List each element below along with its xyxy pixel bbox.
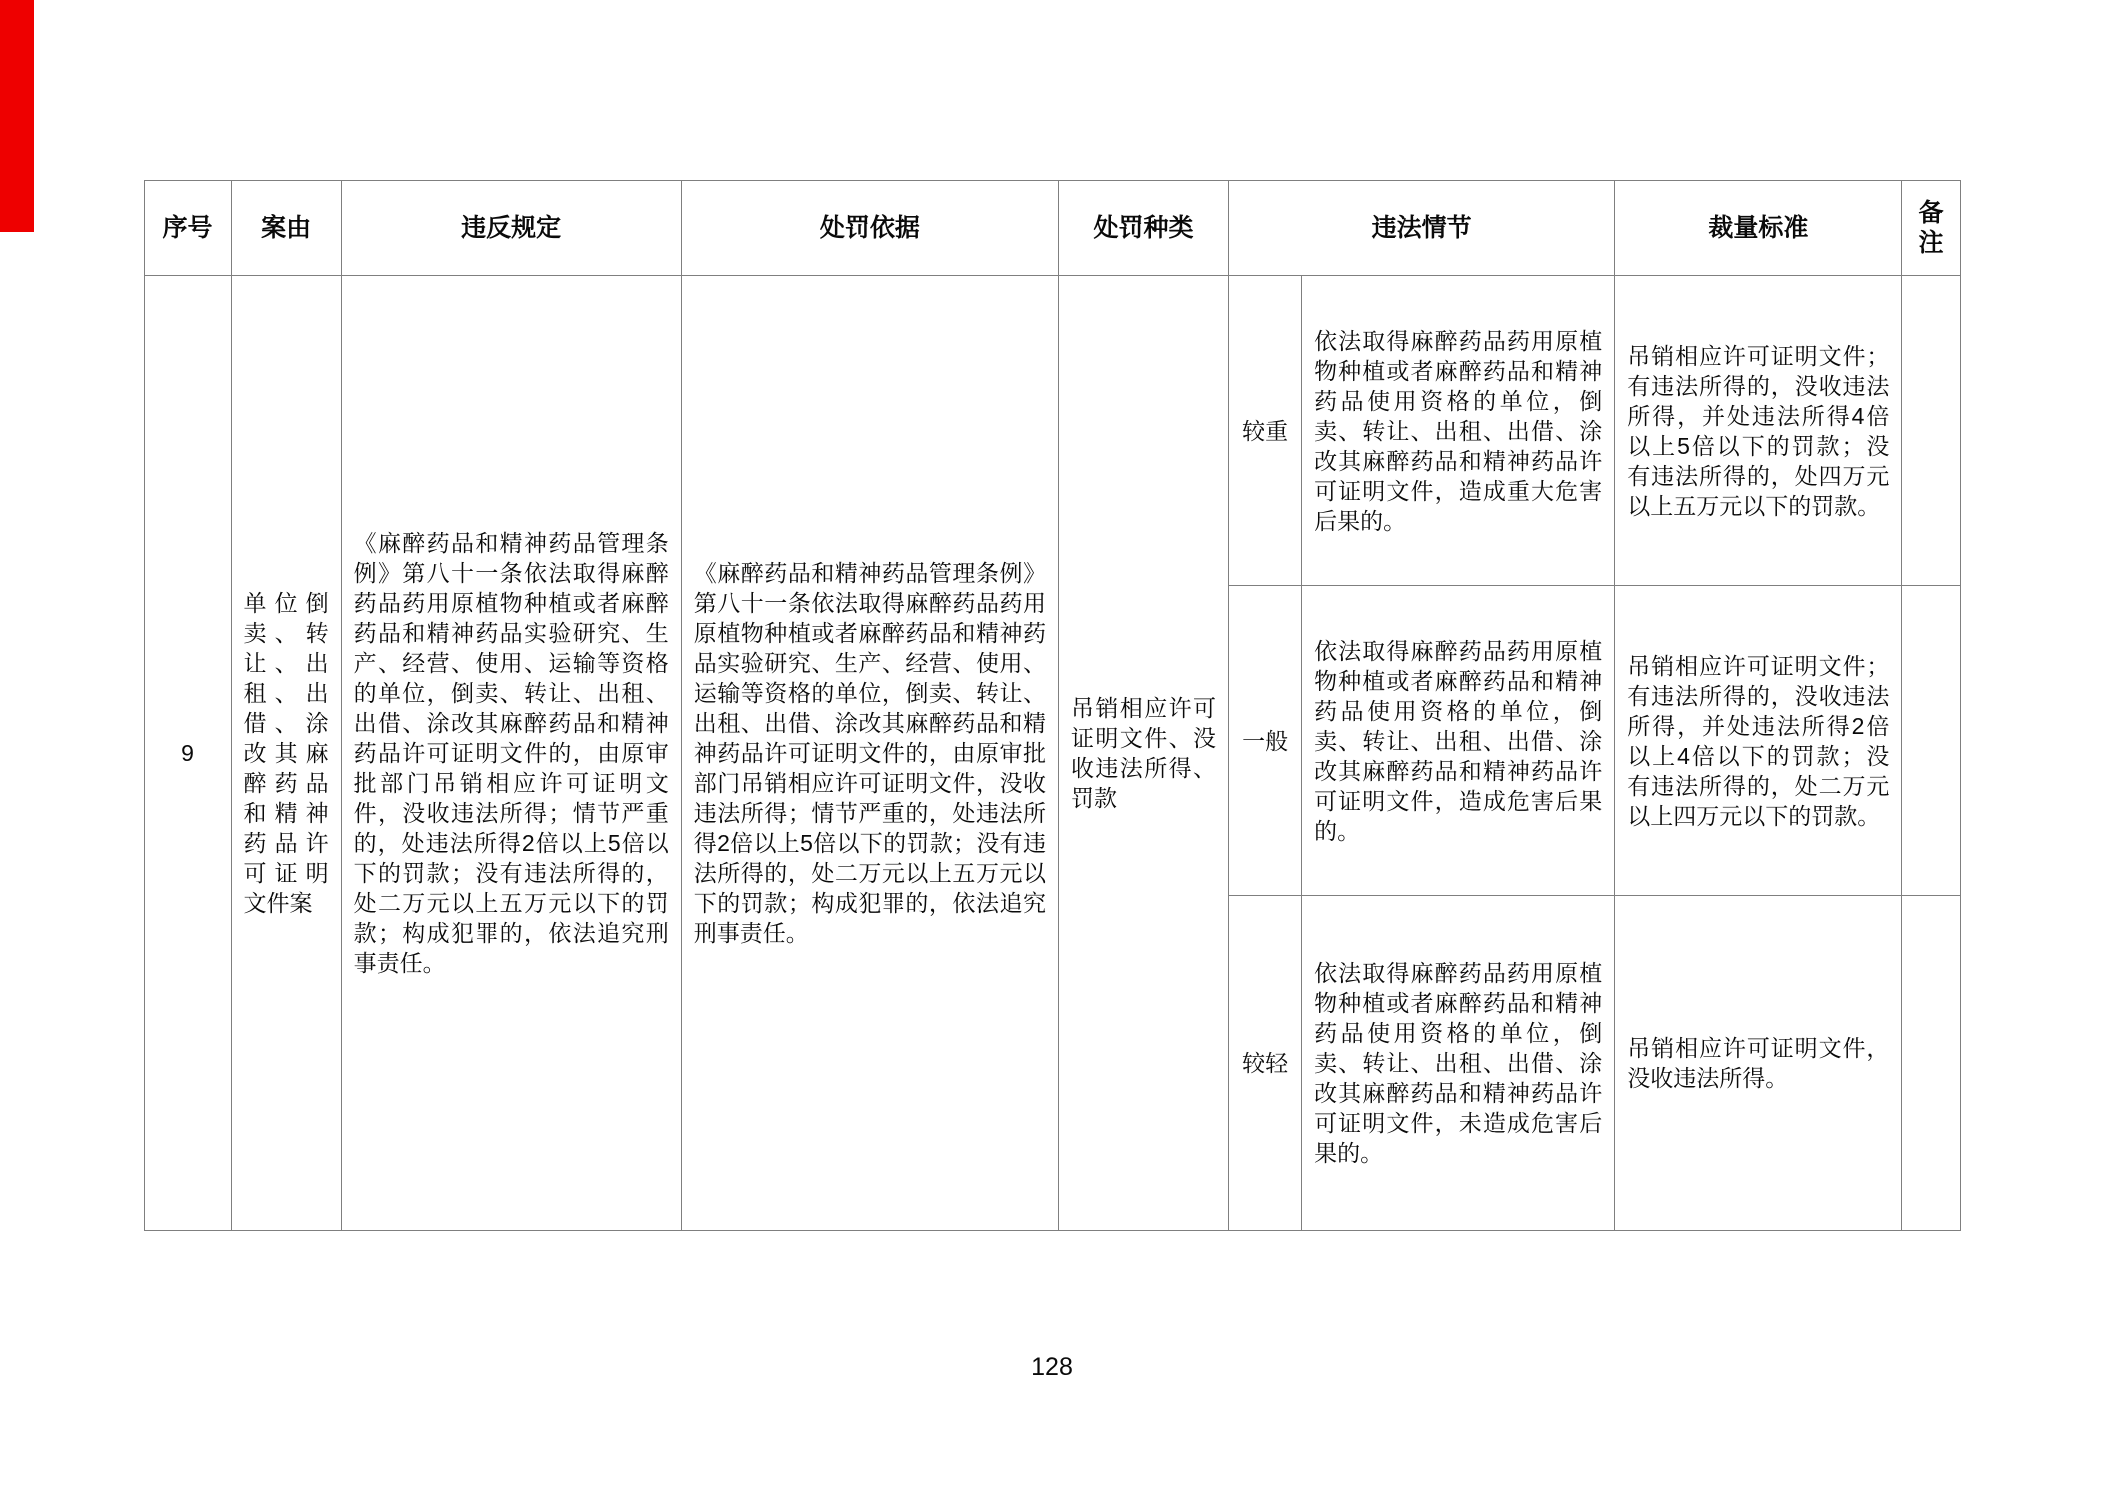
cell-remark-2 xyxy=(1902,586,1960,896)
cell-seq: 9 xyxy=(144,276,231,1231)
cell-circumstance-2: 依法取得麻醉药品药用原植物种植或者麻醉药品和精神药品使用资格的单位，倒卖、转让、… xyxy=(1302,586,1615,896)
cell-remark-1 xyxy=(1902,276,1960,586)
cell-penalty-basis: 《麻醉药品和精神药品管理条例》第八十一条依法取得麻醉药品药用原植物种植或者麻醉药… xyxy=(681,276,1058,1231)
penalty-discretion-table: 序号 案由 违反规定 处罚依据 处罚种类 违法情节 裁量标准 备注 9 单位倒卖… xyxy=(144,180,1961,1231)
col-header-case: 案由 xyxy=(231,181,341,276)
cell-violated-provision: 《麻醉药品和精神药品管理条例》第八十一条依法取得麻醉药品药用原植物种植或者麻醉药… xyxy=(341,276,681,1231)
cell-remark-3 xyxy=(1902,896,1960,1231)
document-page: 序号 案由 违反规定 处罚依据 处罚种类 违法情节 裁量标准 备注 9 单位倒卖… xyxy=(0,0,2104,1488)
col-header-basis: 处罚依据 xyxy=(681,181,1058,276)
cell-standard-3: 吊销相应许可证明文件，没收违法所得。 xyxy=(1615,896,1902,1231)
col-header-seq: 序号 xyxy=(144,181,231,276)
col-header-remark: 备注 xyxy=(1902,181,1960,276)
cell-severity-3: 较轻 xyxy=(1229,896,1302,1231)
page-number: 128 xyxy=(0,1353,2104,1382)
cell-case-name: 单位倒卖、转让、出租、出借、涂改其麻醉药品和精神药品许可证明文件案 xyxy=(231,276,341,1231)
col-header-circumstance: 违法情节 xyxy=(1229,181,1615,276)
col-header-penalty-type: 处罚种类 xyxy=(1058,181,1228,276)
cell-penalty-type: 吊销相应许可证明文件、没收违法所得、罚款 xyxy=(1058,276,1228,1231)
red-bookmark-strip xyxy=(0,0,34,232)
cell-circumstance-1: 依法取得麻醉药品药用原植物种植或者麻醉药品和精神药品使用资格的单位，倒卖、转让、… xyxy=(1302,276,1615,586)
cell-severity-1: 较重 xyxy=(1229,276,1302,586)
sub-row-severe: 9 单位倒卖、转让、出租、出借、涂改其麻醉药品和精神药品许可证明文件案 《麻醉药… xyxy=(144,276,1960,586)
cell-circumstance-3: 依法取得麻醉药品药用原植物种植或者麻醉药品和精神药品使用资格的单位，倒卖、转让、… xyxy=(1302,896,1615,1231)
cell-severity-2: 一般 xyxy=(1229,586,1302,896)
header-row: 序号 案由 违反规定 处罚依据 处罚种类 违法情节 裁量标准 备注 xyxy=(144,181,1960,276)
col-header-standard: 裁量标准 xyxy=(1615,181,1902,276)
cell-standard-1: 吊销相应许可证明文件；有违法所得的，没收违法所得，并处违法所得4倍以上5倍以下的… xyxy=(1615,276,1902,586)
cell-standard-2: 吊销相应许可证明文件；有违法所得的，没收违法所得，并处违法所得2倍以上4倍以下的… xyxy=(1615,586,1902,896)
col-header-violation: 违反规定 xyxy=(341,181,681,276)
